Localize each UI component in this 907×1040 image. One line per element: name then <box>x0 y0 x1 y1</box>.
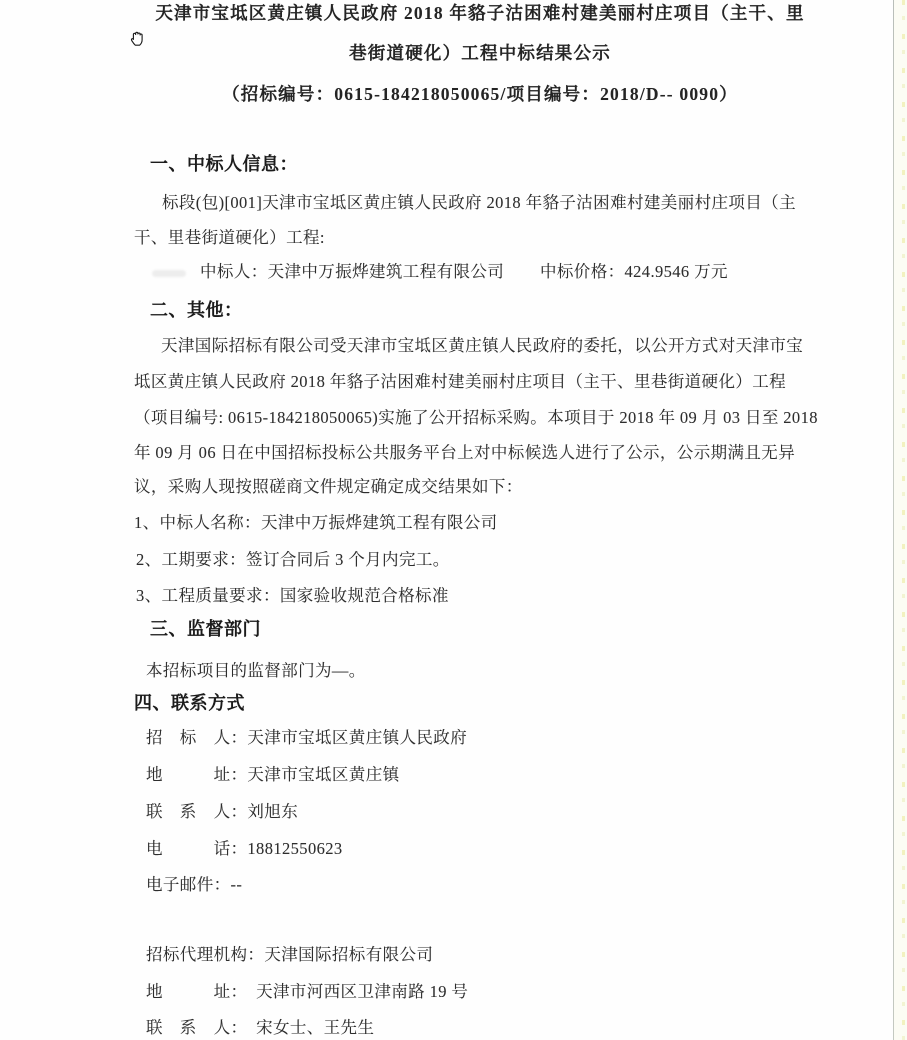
section-3-body: 本招标项目的监督部门为—。 <box>146 662 366 681</box>
section-2-para-line: （项目编号: 0615-184218050065)实施了公开招标采购。本项目于 … <box>134 409 818 428</box>
section-1-para-line-2: 干、里巷街道硬化）工程: <box>134 229 325 248</box>
numbered-item-2: 2、工期要求：签订合同后 3 个月内完工。 <box>136 551 450 570</box>
contact-label: 地 址： <box>146 765 247 784</box>
section-2-para-line: 议，采购人现按照磋商文件规定确定成交结果如下： <box>134 478 523 497</box>
document-canvas[interactable]: 天津市宝坻区黄庄镇人民政府 2018 年貉子沽困难村建美丽村庄项目（主干、里 巷… <box>0 0 907 1040</box>
contact-label: 电子邮件： <box>146 875 231 894</box>
contact-label: 地 址： <box>146 982 256 1001</box>
contact-label: 电 话： <box>146 839 247 858</box>
numbered-item-1: 1、中标人名称：天津中万振烨建筑工程有限公司 <box>134 514 498 533</box>
contact-label: 联 系 人： <box>146 802 247 821</box>
section-3-heading: 三、监督部门 <box>150 620 261 641</box>
contact-label: 联 系 人： <box>146 1018 256 1037</box>
section-4-heading: 四、联系方式 <box>134 694 245 715</box>
document-viewer: 天津市宝坻区黄庄镇人民政府 2018 年貉子沽困难村建美丽村庄项目（主干、里 巷… <box>0 0 907 1040</box>
contact-value: 天津国际招标有限公司 <box>264 945 433 964</box>
numbered-item-3: 3、工程质量要求：国家验收规范合格标准 <box>136 587 449 606</box>
section-1-heading: 一、中标人信息： <box>150 155 298 176</box>
hand-grab-cursor-icon <box>128 30 146 48</box>
contact-value: 天津市河西区卫津南路 19 号 <box>256 982 468 1001</box>
contact-label: 招 标 人： <box>146 728 247 747</box>
doc-title-line-2: 巷街道硬化）工程中标结果公示 <box>73 43 887 63</box>
contact-row-email: 电子邮件：-- <box>146 876 242 895</box>
ink-smudge <box>152 270 186 277</box>
contact-value: -- <box>231 875 243 894</box>
agency-row-person: 联 系 人： 宋女士、王先生 <box>146 1019 374 1038</box>
contact-row-person: 联 系 人：刘旭东 <box>146 803 298 822</box>
contact-value: 天津市宝坻区黄庄镇 <box>247 765 399 784</box>
section-2-heading: 二、其他： <box>150 301 243 322</box>
doc-title-line-1: 天津市宝坻区黄庄镇人民政府 2018 年貉子沽困难村建美丽村庄项目（主干、里 <box>73 3 887 23</box>
contact-label: 招标代理机构： <box>146 945 264 964</box>
agency-row-name: 招标代理机构：天津国际招标有限公司 <box>146 946 433 965</box>
doc-title-line-3: （招标编号：0615-184218050065/项目编号：2018/D-- 00… <box>73 84 887 104</box>
contact-value: 18812550623 <box>247 839 342 858</box>
contact-value: 刘旭东 <box>247 802 298 821</box>
contact-value: 天津市宝坻区黄庄镇人民政府 <box>247 728 467 747</box>
winner-name: 中标人：天津中万振烨建筑工程有限公司 <box>200 263 504 282</box>
section-2-para-line: 坻区黄庄镇人民政府 2018 年貉子沽困难村建美丽村庄项目（主干、里巷街道硬化）… <box>134 373 786 392</box>
contact-row-address: 地 址：天津市宝坻区黄庄镇 <box>146 766 400 785</box>
scan-edge-strip <box>894 0 907 1040</box>
section-2-para-line: 天津国际招标有限公司受天津市宝坻区黄庄镇人民政府的委托，以公开方式对天津市宝 <box>161 337 803 356</box>
agency-row-address: 地 址： 天津市河西区卫津南路 19 号 <box>146 983 468 1002</box>
contact-row-phone: 电 话：18812550623 <box>146 840 343 859</box>
section-2-para-line: 年 09 月 06 日在中国招标投标公共服务平台上对中标候选人进行了公示，公示期… <box>134 444 795 463</box>
section-1-para-line-1: 标段(包)[001]天津市宝坻区黄庄镇人民政府 2018 年貉子沽困难村建美丽村… <box>162 194 796 213</box>
contact-row-tenderer: 招 标 人：天津市宝坻区黄庄镇人民政府 <box>146 729 467 748</box>
contact-value: 宋女士、王先生 <box>256 1018 374 1037</box>
winner-price: 中标价格：424.9546 万元 <box>540 263 728 282</box>
